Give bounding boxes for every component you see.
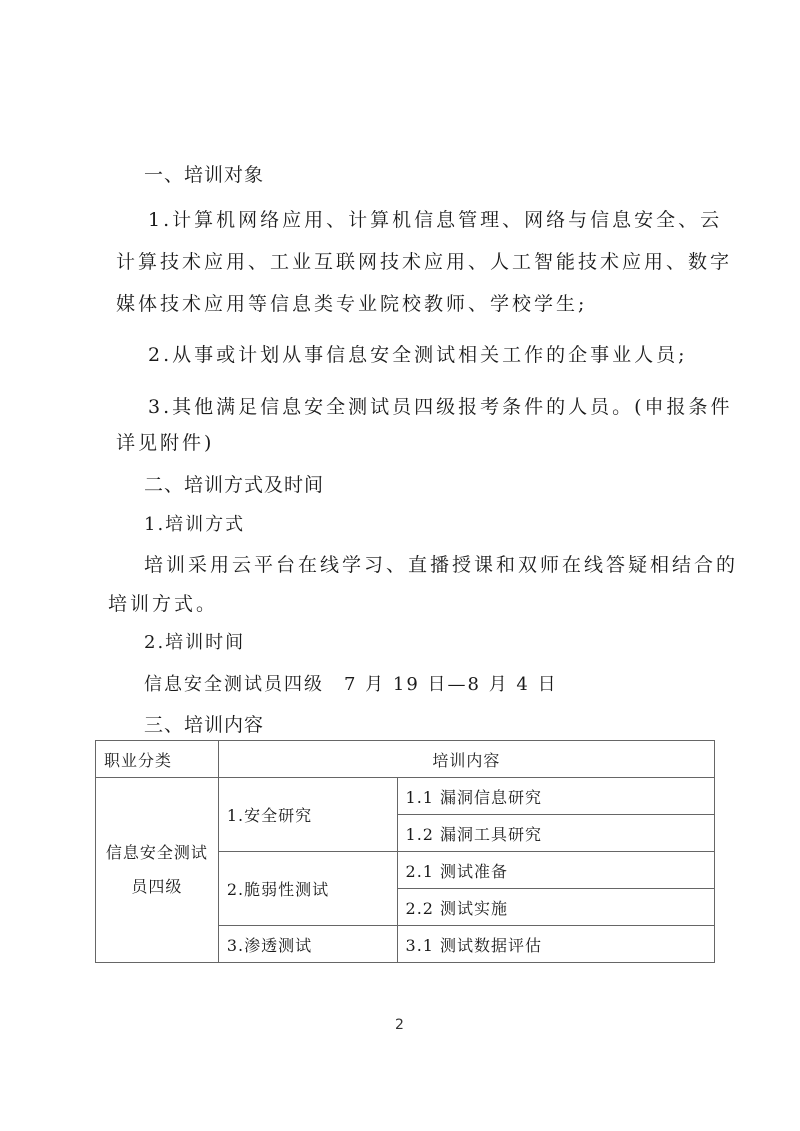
section-heading-training-content: 三、培训内容 (144, 710, 264, 737)
paragraph-line: 详见附件) (116, 428, 214, 455)
section-heading-training-targets: 一、培训对象 (144, 160, 264, 187)
unit-cell: 1.1 漏洞信息研究 (397, 778, 714, 815)
unit-cell: 1.2 漏洞工具研究 (397, 815, 714, 852)
occupation-line: 员四级 (104, 870, 210, 904)
table-header-row: 职业分类 培训内容 (96, 741, 715, 778)
page-number: 2 (395, 1017, 404, 1033)
subheading-training-method: 1.培训方式 (144, 510, 245, 536)
unit-cell: 2.1 测试准备 (397, 852, 714, 889)
paragraph-line: 3.其他满足信息安全测试员四级报考条件的人员。(申报条件 (148, 392, 733, 419)
module-cell: 3.渗透测试 (218, 926, 397, 963)
paragraph-line: 媒体技术应用等信息类专业院校教师、学校学生; (116, 289, 587, 316)
header-occupation: 职业分类 (96, 741, 219, 778)
training-schedule: 信息安全测试员四级 7 月 19 日—8 月 4 日 (144, 670, 558, 696)
occupation-cell: 信息安全测试 员四级 (96, 778, 219, 963)
paragraph-line: 培训方式。 (108, 589, 218, 616)
header-content: 培训内容 (218, 741, 714, 778)
paragraph-line: 2.从事或计划从事信息安全测试相关工作的企事业人员; (148, 340, 688, 367)
table-row: 信息安全测试 员四级 1.安全研究 1.1 漏洞信息研究 (96, 778, 715, 815)
unit-cell: 3.1 测试数据评估 (397, 926, 714, 963)
subheading-training-time: 2.培训时间 (144, 628, 245, 654)
paragraph-line: 计算技术应用、工业互联网技术应用、人工智能技术应用、数字 (116, 247, 732, 274)
unit-cell: 2.2 测试实施 (397, 889, 714, 926)
module-cell: 1.安全研究 (218, 778, 397, 852)
paragraph-line: 1.计算机网络应用、计算机信息管理、网络与信息安全、云 (148, 205, 722, 232)
section-heading-training-method-time: 二、培训方式及时间 (144, 470, 324, 497)
module-cell: 2.脆弱性测试 (218, 852, 397, 926)
paragraph-line: 培训采用云平台在线学习、直播授课和双师在线答疑相结合的 (144, 550, 738, 577)
training-content-table: 职业分类 培训内容 信息安全测试 员四级 1.安全研究 1.1 漏洞信息研究 1… (95, 740, 715, 963)
occupation-line: 信息安全测试 (104, 836, 210, 870)
